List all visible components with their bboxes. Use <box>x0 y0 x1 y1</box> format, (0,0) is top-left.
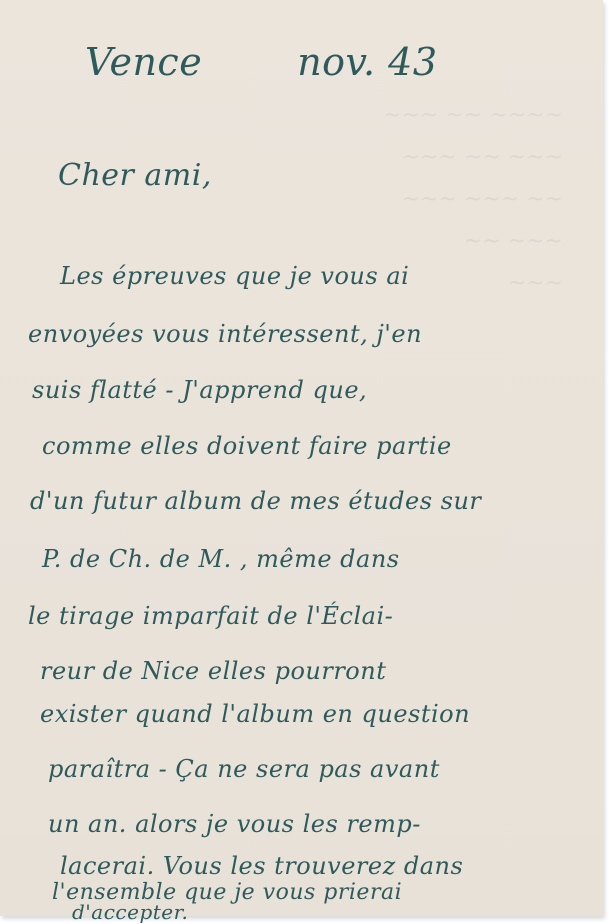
letter-header: Vencenov. 43 <box>85 40 438 84</box>
salutation: Cher ami, <box>58 158 212 193</box>
body-line: d'un futur album de mes études sur <box>30 487 481 515</box>
body-line: envoyées vous intéressent, j'en <box>28 320 422 348</box>
show-through-text: ~~~ ~~ ~~~~~~~ ~~ ~~~~~~ ~~~ ~~~~ ~~~~~~ <box>383 95 563 305</box>
letter-page: ~~~ ~~ ~~~~~~~ ~~ ~~~~~~ ~~~ ~~~~ ~~~~~~… <box>0 0 603 916</box>
body-line: un an. alors je vous les remp- <box>48 810 421 838</box>
body-line: lacerai. Vous les trouverez dans <box>60 852 463 880</box>
body-line: comme elles doivent faire partie <box>42 432 452 460</box>
body-line: d'accepter. <box>72 900 188 924</box>
body-line: exister quand l'album en question <box>40 700 470 728</box>
body-line: P. de Ch. de M. , même dans <box>42 545 400 573</box>
date: nov. 43 <box>297 40 437 84</box>
body-line: le tirage imparfait de l'Éclai- <box>28 602 393 630</box>
body-line: Les épreuves que je vous ai <box>60 262 409 290</box>
body-line: suis flatté - J'apprend que, <box>32 376 367 404</box>
body-line: paraîtra - Ça ne sera pas avant <box>48 755 440 783</box>
body-line: reur de Nice elles pourront <box>40 657 386 685</box>
place: Vence <box>85 40 202 84</box>
